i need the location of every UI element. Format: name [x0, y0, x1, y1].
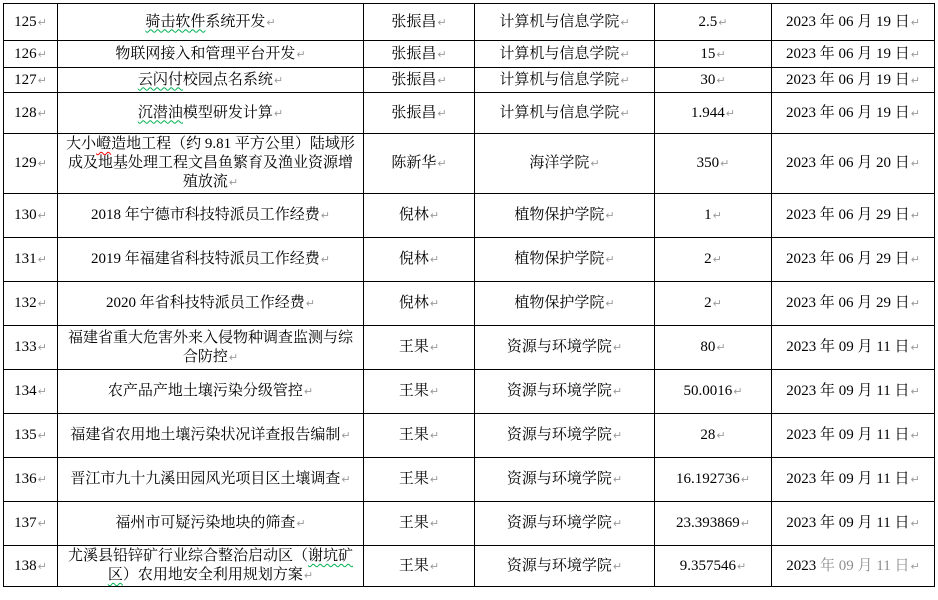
end-of-cell-mark: ↵: [38, 74, 47, 87]
amount-text: 1.944: [691, 105, 725, 121]
end-of-cell-mark: ↵: [38, 473, 47, 486]
cell-person-name[interactable]: 倪林↵: [364, 282, 475, 326]
amount-text: 9.357546: [680, 558, 736, 574]
cell-row-number[interactable]: 126↵: [4, 41, 58, 68]
date-text: 2023 年 06 月 19 日: [786, 46, 910, 62]
project-name-segment: 尤溪县铅锌矿行业综合整治启动区（: [68, 548, 308, 564]
project-name-segment: 农产品产地土壤污染分级管控: [108, 383, 303, 399]
table-row: 134↵农产品产地土壤污染分级管控↵王果↵资源与环境学院↵50.0016↵202…: [4, 370, 935, 414]
end-of-cell-mark: ↵: [437, 107, 446, 120]
end-of-cell-mark: ↵: [430, 473, 439, 486]
project-name-segment: 物联网接入和管理平台开发: [115, 46, 295, 62]
cell-date[interactable]: 2023 年 06 月 19 日↵: [772, 93, 935, 134]
end-of-cell-mark: ↵: [620, 16, 629, 29]
project-name-segment: 福建省重大危害外来入侵物种调查监测与综合防控: [68, 330, 353, 365]
end-of-cell-mark: ↵: [274, 107, 283, 120]
end-of-cell-mark: ↵: [38, 341, 47, 354]
cell-college-name[interactable]: 计算机与信息学院↵: [475, 41, 655, 68]
end-of-cell-mark: ↵: [321, 209, 330, 222]
project-name-segment: 云闪付: [138, 72, 183, 88]
project-name-segment: 模型研发计算: [183, 105, 273, 121]
amount-text: 30: [700, 72, 715, 88]
college-name-text: 计算机与信息学院: [499, 105, 619, 121]
cell-amount[interactable]: 80↵: [655, 326, 772, 370]
end-of-cell-mark: ↵: [741, 473, 750, 486]
row-number-text: 135: [14, 427, 37, 443]
cell-date[interactable]: 2023 年 06 月 19 日↵: [772, 4, 935, 41]
end-of-cell-mark: ↵: [341, 473, 350, 486]
end-of-cell-mark: ↵: [716, 74, 725, 87]
cell-project-name[interactable]: 福州市可疑污染地块的筛查↵: [58, 502, 364, 546]
row-number-text: 128: [14, 105, 37, 121]
college-name-text: 资源与环境学院: [507, 515, 612, 531]
cell-amount[interactable]: 15↵: [655, 41, 772, 68]
end-of-cell-mark: ↵: [613, 385, 622, 398]
cell-project-name[interactable]: 尤溪县铅锌矿行业综合整治启动区（谢坑矿区）农用地安全利用规划方案↵: [58, 546, 364, 587]
end-of-cell-mark: ↵: [38, 560, 47, 573]
cell-project-name[interactable]: 2018 年宁德市科技特派员工作经费↵: [58, 194, 364, 238]
end-of-cell-mark: ↵: [613, 517, 622, 530]
cell-date[interactable]: 2023 年 06 月 19 日↵: [772, 41, 935, 68]
end-of-cell-mark: ↵: [38, 385, 47, 398]
end-of-cell-mark: ↵: [437, 74, 446, 87]
end-of-cell-mark: ↵: [430, 517, 439, 530]
end-of-cell-mark: ↵: [910, 341, 919, 354]
cell-college-name[interactable]: 植物保护学院↵: [475, 194, 655, 238]
cell-project-name[interactable]: 大小嶝造地工程（约 9.81 平方公里）陆域形成及地基处理工程文昌鱼繁育及渔业资…: [58, 134, 364, 194]
date-text: 2023 年 09 月 11 日: [786, 339, 909, 355]
cell-college-name[interactable]: 资源与环境学院↵: [475, 458, 655, 502]
cell-amount[interactable]: 2↵: [655, 282, 772, 326]
date-text: 2023: [786, 558, 816, 574]
cell-person-name[interactable]: 张振昌↵: [364, 93, 475, 134]
person-name-text: 王果: [399, 427, 429, 443]
end-of-cell-mark: ↵: [620, 74, 629, 87]
end-of-cell-mark: ↵: [38, 48, 47, 61]
end-of-cell-mark: ↵: [613, 429, 622, 442]
cell-person-name[interactable]: 张振昌↵: [364, 41, 475, 68]
cell-row-number[interactable]: 131↵: [4, 238, 58, 282]
row-number-text: 136: [14, 471, 37, 487]
end-of-cell-mark: ↵: [620, 48, 629, 61]
date-text: 2023 年 06 月 19 日: [786, 14, 910, 30]
project-name-segment: 2018 年宁德市科技特派员工作经费: [91, 207, 320, 223]
end-of-cell-mark: ↵: [430, 429, 439, 442]
end-of-cell-mark: ↵: [430, 253, 439, 266]
project-name-segment: 2019 年福建省科技特派员工作经费: [91, 251, 320, 267]
cell-project-name[interactable]: 农产品产地土壤污染分级管控↵: [58, 370, 364, 414]
end-of-cell-mark: ↵: [605, 297, 614, 310]
cell-date[interactable]: 2023 年 09 月 11 日↵: [772, 458, 935, 502]
cell-date[interactable]: 2023 年 09 月 11 日↵: [772, 502, 935, 546]
row-number-text: 132: [14, 295, 37, 311]
cell-amount[interactable]: 350↵: [655, 134, 772, 194]
college-name-text: 植物保护学院: [514, 295, 604, 311]
cell-amount[interactable]: 2↵: [655, 238, 772, 282]
end-of-cell-mark: ↵: [229, 351, 238, 364]
end-of-cell-mark: ↵: [430, 385, 439, 398]
cell-project-name[interactable]: 福建省农用地土壤污染状况详查报告编制↵: [58, 414, 364, 458]
end-of-cell-mark: ↵: [613, 341, 622, 354]
amount-text: 28: [700, 427, 715, 443]
project-name-segment: 骑击软件: [145, 14, 205, 30]
end-of-cell-mark: ↵: [726, 107, 735, 120]
cell-person-name[interactable]: 张振昌↵: [364, 4, 475, 41]
end-of-cell-mark: ↵: [38, 209, 47, 222]
college-name-text: 计算机与信息学院: [499, 46, 619, 62]
cell-amount[interactable]: 28↵: [655, 414, 772, 458]
amount-text: 2: [704, 251, 712, 267]
end-of-cell-mark: ↵: [718, 16, 727, 29]
date-text: 2023 年 09 月 11 日: [786, 515, 909, 531]
row-number-text: 129: [14, 155, 37, 171]
end-of-cell-mark: ↵: [741, 517, 750, 530]
end-of-cell-mark: ↵: [38, 157, 47, 170]
cell-date[interactable]: 2023 年 09 月 11 日↵: [772, 370, 935, 414]
cell-row-number[interactable]: 129↵: [4, 134, 58, 194]
end-of-cell-mark: ↵: [229, 176, 238, 189]
end-of-cell-mark: ↵: [911, 297, 920, 310]
date-text: 2023 年 09 月 11 日: [786, 427, 909, 443]
project-name-segment: 系统开发: [205, 14, 265, 30]
project-name-segment: 福建省农用地土壤污染状况详查报告编制: [70, 427, 340, 443]
end-of-cell-mark: ↵: [910, 517, 919, 530]
college-name-text: 资源与环境学院: [507, 471, 612, 487]
cell-project-name[interactable]: 2020 年省科技特派员工作经费↵: [58, 282, 364, 326]
end-of-cell-mark: ↵: [437, 16, 446, 29]
end-of-cell-mark: ↵: [911, 48, 920, 61]
row-number-text: 126: [14, 46, 37, 62]
end-of-cell-mark: ↵: [737, 560, 746, 573]
end-of-cell-mark: ↵: [911, 253, 920, 266]
end-of-cell-mark: ↵: [605, 253, 614, 266]
person-name-text: 王果: [399, 339, 429, 355]
table-row: 128↵沉潜油模型研发计算↵张振昌↵计算机与信息学院↵1.944↵2023 年 …: [4, 93, 935, 134]
cell-date[interactable]: 2023 年 06 月 29 日↵: [772, 282, 935, 326]
cell-person-name[interactable]: 王果↵: [364, 370, 475, 414]
cell-row-number[interactable]: 127↵: [4, 68, 58, 93]
end-of-cell-mark: ↵: [911, 107, 920, 120]
cell-date[interactable]: 2023 年 06 月 19 日↵: [772, 68, 935, 93]
end-of-cell-mark: ↵: [341, 429, 350, 442]
person-name-text: 陈新华: [391, 155, 436, 171]
end-of-cell-mark: ↵: [430, 341, 439, 354]
cell-person-name[interactable]: 倪林↵: [364, 238, 475, 282]
row-number-text: 131: [14, 251, 37, 267]
end-of-cell-mark: ↵: [430, 209, 439, 222]
table-row: 131↵2019 年福建省科技特派员工作经费↵倪林↵植物保护学院↵2↵2023 …: [4, 238, 935, 282]
row-number-text: 133: [14, 339, 37, 355]
end-of-cell-mark: ↵: [613, 473, 622, 486]
date-text: 2023 年 06 月 29 日: [786, 251, 910, 267]
end-of-cell-mark: ↵: [38, 297, 47, 310]
date-text: 2023 年 06 月 29 日: [786, 295, 910, 311]
cell-college-name[interactable]: 资源与环境学院↵: [475, 546, 655, 587]
end-of-cell-mark: ↵: [910, 560, 919, 573]
project-name-segment: 大小: [66, 136, 96, 152]
cell-college-name[interactable]: 植物保护学院↵: [475, 282, 655, 326]
cell-project-name[interactable]: 福建省重大危害外来入侵物种调查监测与综合防控↵: [58, 326, 364, 370]
cell-project-name[interactable]: 2019 年福建省科技特派员工作经费↵: [58, 238, 364, 282]
project-name-segment: 福州市可疑污染地块的筛查: [115, 515, 295, 531]
end-of-cell-mark: ↵: [716, 341, 725, 354]
cell-row-number[interactable]: 133↵: [4, 326, 58, 370]
cell-college-name[interactable]: 植物保护学院↵: [475, 238, 655, 282]
cell-person-name[interactable]: 王果↵: [364, 414, 475, 458]
cell-project-name[interactable]: 晋江市九十九溪田园风光项目区土壤调查↵: [58, 458, 364, 502]
end-of-cell-mark: ↵: [911, 157, 920, 170]
cell-row-number[interactable]: 128↵: [4, 93, 58, 134]
amount-text: 23.393869: [676, 515, 740, 531]
cell-row-number[interactable]: 130↵: [4, 194, 58, 238]
cell-college-name[interactable]: 海洋学院↵: [475, 134, 655, 194]
end-of-cell-mark: ↵: [437, 48, 446, 61]
project-name-segment: 2020 年省科技特派员工作经费: [106, 295, 305, 311]
end-of-cell-mark: ↵: [430, 297, 439, 310]
person-name-text: 倪林: [399, 207, 429, 223]
cell-row-number[interactable]: 135↵: [4, 414, 58, 458]
document-page: 125↵骑击软件系统开发↵张振昌↵计算机与信息学院↵2.5↵2023 年 06 …: [3, 3, 936, 587]
cell-amount[interactable]: 23.393869↵: [655, 502, 772, 546]
college-name-text: 计算机与信息学院: [499, 14, 619, 30]
row-number-text: 134: [14, 383, 37, 399]
cell-date[interactable]: 2023 年 06 月 29 日↵: [772, 238, 935, 282]
amount-text: 2: [704, 295, 712, 311]
cell-amount[interactable]: 50.0016↵: [655, 370, 772, 414]
college-name-text: 资源与环境学院: [507, 339, 612, 355]
date-text: 2023 年 06 月 19 日: [786, 105, 910, 121]
cell-person-name[interactable]: 王果↵: [364, 458, 475, 502]
end-of-cell-mark: ↵: [613, 560, 622, 573]
cell-date[interactable]: 2023 年 06 月 20 日↵: [772, 134, 935, 194]
cell-row-number[interactable]: 136↵: [4, 458, 58, 502]
project-name-segment: 校园点名系统: [183, 72, 273, 88]
end-of-cell-mark: ↵: [911, 209, 920, 222]
cell-college-name[interactable]: 资源与环境学院↵: [475, 370, 655, 414]
cell-person-name[interactable]: 王果↵: [364, 502, 475, 546]
end-of-cell-mark: ↵: [910, 429, 919, 442]
end-of-cell-mark: ↵: [266, 16, 275, 29]
college-name-text: 海洋学院: [529, 155, 589, 171]
end-of-cell-mark: ↵: [38, 16, 47, 29]
amount-text: 1: [704, 207, 712, 223]
cell-date[interactable]: 2023 年 09 月 11 日↵: [772, 326, 935, 370]
table-row: 127↵云闪付校园点名系统↵张振昌↵计算机与信息学院↵30↵2023 年 06 …: [4, 68, 935, 93]
amount-text: 80: [700, 339, 715, 355]
amount-text: 50.0016: [684, 383, 733, 399]
cell-row-number[interactable]: 137↵: [4, 502, 58, 546]
table-row: 130↵2018 年宁德市科技特派员工作经费↵倪林↵植物保护学院↵1↵2023 …: [4, 194, 935, 238]
row-number-text: 130: [14, 207, 37, 223]
table-row: 138↵尤溪县铅锌矿行业综合整治启动区（谢坑矿区）农用地安全利用规划方案↵王果↵…: [4, 546, 935, 587]
college-name-text: 植物保护学院: [514, 251, 604, 267]
table-row: 136↵晋江市九十九溪田园风光项目区土壤调查↵王果↵资源与环境学院↵16.192…: [4, 458, 935, 502]
person-name-text: 王果: [399, 515, 429, 531]
end-of-cell-mark: ↵: [304, 385, 313, 398]
cell-project-name[interactable]: 云闪付校园点名系统↵: [58, 68, 364, 93]
cell-date[interactable]: 2023 年 06 月 29 日↵: [772, 194, 935, 238]
person-name-text: 倪林: [399, 251, 429, 267]
end-of-cell-mark: ↵: [716, 48, 725, 61]
college-name-text: 资源与环境学院: [507, 558, 612, 574]
college-name-text: 计算机与信息学院: [499, 72, 619, 88]
cell-project-name[interactable]: 物联网接入和管理平台开发↵: [58, 41, 364, 68]
cell-college-name[interactable]: 资源与环境学院↵: [475, 414, 655, 458]
table-row: 133↵福建省重大危害外来入侵物种调查监测与综合防控↵王果↵资源与环境学院↵80…: [4, 326, 935, 370]
end-of-cell-mark: ↵: [911, 74, 920, 87]
end-of-cell-mark: ↵: [720, 157, 729, 170]
person-name-text: 张振昌: [391, 105, 436, 121]
college-name-text: 植物保护学院: [514, 207, 604, 223]
person-name-text: 王果: [399, 558, 429, 574]
person-name-text: 王果: [399, 383, 429, 399]
end-of-cell-mark: ↵: [296, 517, 305, 530]
date-text: 2023 年 06 月 29 日: [786, 207, 910, 223]
cell-college-name[interactable]: 计算机与信息学院↵: [475, 4, 655, 41]
cell-project-name[interactable]: 沉潜油模型研发计算↵: [58, 93, 364, 134]
college-name-text: 资源与环境学院: [507, 427, 612, 443]
project-name-segment: 沉潜油: [138, 105, 183, 121]
date-text-faded: 年 09 月 11 日: [816, 558, 909, 574]
end-of-cell-mark: ↵: [38, 107, 47, 120]
date-text: 2023 年 06 月 20 日: [786, 155, 910, 171]
end-of-cell-mark: ↵: [590, 157, 599, 170]
cell-college-name[interactable]: 资源与环境学院↵: [475, 326, 655, 370]
amount-text: 350: [697, 155, 720, 171]
college-name-text: 资源与环境学院: [507, 383, 612, 399]
table-row: 135↵福建省农用地土壤污染状况详查报告编制↵王果↵资源与环境学院↵28↵202…: [4, 414, 935, 458]
cell-amount[interactable]: 16.192736↵: [655, 458, 772, 502]
project-name-segment: 造地工程（约 9.81 平方公里）陆域形成及地基处理工程文昌鱼繁育及渔业资源增殖…: [68, 136, 355, 190]
end-of-cell-mark: ↵: [713, 297, 722, 310]
table-row: 129↵大小嶝造地工程（约 9.81 平方公里）陆域形成及地基处理工程文昌鱼繁育…: [4, 134, 935, 194]
end-of-cell-mark: ↵: [430, 560, 439, 573]
end-of-cell-mark: ↵: [713, 209, 722, 222]
date-text: 2023 年 09 月 11 日: [786, 383, 909, 399]
table-row: 126↵物联网接入和管理平台开发↵张振昌↵计算机与信息学院↵15↵2023 年 …: [4, 41, 935, 68]
cell-college-name[interactable]: 计算机与信息学院↵: [475, 68, 655, 93]
end-of-cell-mark: ↵: [296, 48, 305, 61]
cell-row-number[interactable]: 138↵: [4, 546, 58, 587]
amount-text: 16.192736: [676, 471, 740, 487]
cell-amount[interactable]: 1.944↵: [655, 93, 772, 134]
end-of-cell-mark: ↵: [321, 253, 330, 266]
cell-amount[interactable]: 30↵: [655, 68, 772, 93]
end-of-cell-mark: ↵: [620, 107, 629, 120]
cell-row-number[interactable]: 125↵: [4, 4, 58, 41]
end-of-cell-mark: ↵: [716, 429, 725, 442]
cell-amount[interactable]: 9.357546↵: [655, 546, 772, 587]
row-number-text: 138: [14, 558, 37, 574]
project-name-segment: 晋江市九十九溪田园风光项目区土壤调查: [70, 471, 340, 487]
amount-text: 2.5: [699, 14, 718, 30]
table-row: 137↵福州市可疑污染地块的筛查↵王果↵资源与环境学院↵23.393869↵20…: [4, 502, 935, 546]
person-name-text: 张振昌: [391, 72, 436, 88]
cell-person-name[interactable]: 陈新华↵: [364, 134, 475, 194]
person-name-text: 倪林: [399, 295, 429, 311]
end-of-cell-mark: ↵: [38, 517, 47, 530]
projects-table: 125↵骑击软件系统开发↵张振昌↵计算机与信息学院↵2.5↵2023 年 06 …: [3, 3, 935, 587]
end-of-cell-mark: ↵: [304, 569, 313, 582]
cell-person-name[interactable]: 王果↵: [364, 546, 475, 587]
date-text: 2023 年 09 月 11 日: [786, 471, 909, 487]
cell-row-number[interactable]: 134↵: [4, 370, 58, 414]
cell-person-name[interactable]: 张振昌↵: [364, 68, 475, 93]
table-row: 125↵骑击软件系统开发↵张振昌↵计算机与信息学院↵2.5↵2023 年 06 …: [4, 4, 935, 41]
end-of-cell-mark: ↵: [605, 209, 614, 222]
project-name-segment: ）农用地安全利用规划方案: [123, 567, 303, 583]
end-of-cell-mark: ↵: [274, 74, 283, 87]
cell-college-name[interactable]: 资源与环境学院↵: [475, 502, 655, 546]
row-number-text: 137: [14, 515, 37, 531]
end-of-cell-mark: ↵: [437, 157, 446, 170]
person-name-text: 张振昌: [391, 14, 436, 30]
end-of-cell-mark: ↵: [911, 16, 920, 29]
cell-amount[interactable]: 1↵: [655, 194, 772, 238]
person-name-text: 张振昌: [391, 46, 436, 62]
cell-person-name[interactable]: 倪林↵: [364, 194, 475, 238]
row-number-text: 125: [14, 14, 37, 30]
row-number-text: 127: [14, 72, 37, 88]
cell-amount[interactable]: 2.5↵: [655, 4, 772, 41]
date-text: 2023 年 06 月 19 日: [786, 72, 910, 88]
end-of-cell-mark: ↵: [910, 473, 919, 486]
end-of-cell-mark: ↵: [38, 429, 47, 442]
table-body: 125↵骑击软件系统开发↵张振昌↵计算机与信息学院↵2.5↵2023 年 06 …: [4, 4, 935, 587]
end-of-cell-mark: ↵: [910, 385, 919, 398]
cell-row-number[interactable]: 132↵: [4, 282, 58, 326]
table-row: 132↵2020 年省科技特派员工作经费↵倪林↵植物保护学院↵2↵2023 年 …: [4, 282, 935, 326]
amount-text: 15: [700, 46, 715, 62]
end-of-cell-mark: ↵: [713, 253, 722, 266]
cell-date[interactable]: 2023 年 09 月 11 日↵: [772, 414, 935, 458]
cell-person-name[interactable]: 王果↵: [364, 326, 475, 370]
project-name-segment: 嶝: [96, 136, 111, 152]
end-of-cell-mark: ↵: [306, 297, 315, 310]
end-of-cell-mark: ↵: [733, 385, 742, 398]
cell-project-name[interactable]: 骑击软件系统开发↵: [58, 4, 364, 41]
end-of-cell-mark: ↵: [38, 253, 47, 266]
person-name-text: 王果: [399, 471, 429, 487]
cell-college-name[interactable]: 计算机与信息学院↵: [475, 93, 655, 134]
cell-date[interactable]: 2023 年 09 月 11 日↵: [772, 546, 935, 587]
